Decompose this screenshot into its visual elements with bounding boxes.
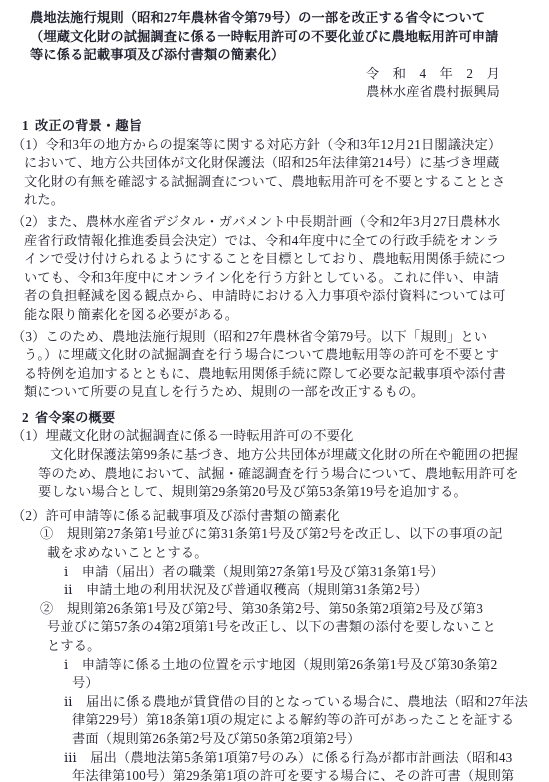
section1-paragraph3: （3）このため、農地法施行規則（昭和27年農林省令第79号。以下「規則」とい う… [0,328,549,402]
paragraph-line: れた。 [0,191,549,210]
paragraph-line: 書面（規則第26条第2号及び第50条第2項第2号） [0,730,549,749]
paragraph-line: 号） [0,674,549,693]
paragraph-line: 等のため、農地において、試掘・確認調査を行う場合について、農地転用許可を [0,465,549,484]
paragraph-line: インで受け付けられるようにすることを目標としており、農地転用関係手続につ [0,250,549,269]
section2-paragraph2: （2）許可申請等に係る記載事項及び添付書類の簡素化 ① 規則第27条第1号並びに… [0,507,549,782]
paragraph-line: （3）このため、農地法施行規則（昭和27年農林省令第79号。以下「規則」とい [0,328,549,347]
section2-number: 2 [22,409,35,428]
paragraph-line: 載を求めないこととする。 [0,544,549,563]
paragraph-line: において、地方公共団体が文化財保護法（昭和25年法律第214号）に基づき埋蔵 [0,154,549,173]
numbered-item-2: ② 規則第26条第1号及び第2号、第30条第2号、第50条第2項第2号及び第3 … [0,600,549,782]
paragraph-line: 能な限り簡素化を図る必要がある。 [0,306,549,325]
paragraph-line: 文化財保護法第99条に基づき、地方公共団体が埋蔵文化財の所在や範囲の把握 [0,446,549,465]
section2-heading-text: 省令案の概要 [35,410,115,425]
paragraph-line: 律第229号）第18条第1項の規定による解約等の許可があったことを証する [0,711,549,730]
organization-line: 農林水産省農村振興局 [0,83,500,102]
roman-item-ii: ⅱ 届出に係る農地が賃貸借の目的となっている場合に、農地法（昭和27年法 [0,693,549,712]
paragraph-line: （1）令和3年の地方からの提案等に関する対応方針（令和3年12月21日閣議決定） [0,136,549,155]
paragraph-line: 文化財の有無を確認する試掘調査について、農地転用許可を不要とすることとさ [0,173,549,192]
section1-number: 1 [22,117,35,136]
paragraph-line: 類について所要の見直しを行うため、規則の一部を改正するもの。 [0,383,549,402]
paragraph-line: 年法律第100号）第29条第1項の許可を要する場合に、その許可書（規則第 [0,767,549,782]
document-title: 農地法施行規則（昭和27年農林省令第79号）の一部を改正する省令について （埋蔵… [0,9,549,65]
title-line-3: 等に係る記載事項及び添付書類の簡素化） [0,46,549,65]
roman-item-i: ⅰ 申請等に係る土地の位置を示す地図（規則第26条第1号及び第30条第2 [0,656,549,675]
section1-paragraph1: （1）令和3年の地方からの提案等に関する対応方針（令和3年12月21日閣議決定）… [0,136,549,210]
paragraph-line: ① 規則第27条第1号並びに第31条第1号及び第2号を改正し、以下の事項の記 [0,525,549,544]
paragraph-line: 号並びに第57条の4第2項第1号を改正し、以下の書類の添付を要しないこと [0,618,549,637]
section1-heading-text: 改正の背景・趣旨 [35,118,142,133]
paragraph-line: 者の負担軽減を図る観点から、申請時における入力事項や添付資料については可 [0,287,549,306]
title-line-2: （埋蔵文化財の試掘調査に係る一時転用許可の不要化並びに農地転用許可申請 [0,28,549,47]
section1-heading: 1改正の背景・趣旨 [0,117,549,136]
numbered-item-1: ① 規則第27条第1号並びに第31条第1号及び第2号を改正し、以下の事項の記 載… [0,525,549,599]
paragraph-line: 要しない場合として、規則第29条第20号及び第53条第19号を追加する。 [0,483,549,502]
paragraph-line: いても、令和3年度中にオンライン化を行う方針としている。これに伴い、申請 [0,269,549,288]
date-line: 令 和 4 年 2 月 [0,65,500,84]
section2-paragraph1: （1）埋蔵文化財の試掘調査に係る一時転用許可の不要化 文化財保護法第99条に基づ… [0,427,549,501]
title-line-1: 農地法施行規則（昭和27年農林省令第79号）の一部を改正する省令について [0,9,549,28]
section1-paragraph2: （2）また、農林水産省デジタル・ガバメント中長期計画（令和2年3月27日農林水 … [0,213,549,325]
section2-heading: 2省令案の概要 [0,409,549,428]
paragraph-line: る特例を追加するとともに、農地転用関係手続に際して必要な記載事項や添付書 [0,365,549,384]
roman-item-iii: ⅲ 届出（農地法第5条第1項第7号のみ）に係る行為が都市計画法（昭和43 [0,749,549,768]
paragraph-line: （2）許可申請等に係る記載事項及び添付書類の簡素化 [0,507,549,526]
roman-item-i: ⅰ 申請（届出）者の職業（規則第27条第1号及び第31条第1号） [0,563,549,582]
date-org-block: 令 和 4 年 2 月 農林水産省農村振興局 [0,65,549,102]
paragraph-line: とする。 [0,637,549,656]
roman-item-ii: ⅱ 申請土地の利用状況及び普通収穫高（規則第31条第2号） [0,581,549,600]
paragraph-line: う。）に埋蔵文化財の試掘調査を行う場合について農地転用等の許可を不要とす [0,346,549,365]
paragraph-line: ② 規則第26条第1号及び第2号、第30条第2号、第50条第2項第2号及び第3 [0,600,549,619]
document-page: 農地法施行規則（昭和27年農林省令第79号）の一部を改正する省令について （埋蔵… [0,0,549,782]
paragraph-line: 産省行政情報化推進委員会決定）では、令和4年度中に全ての行政手続をオンラ [0,232,549,251]
paragraph-line: （1）埋蔵文化財の試掘調査に係る一時転用許可の不要化 [0,427,549,446]
paragraph-line: （2）また、農林水産省デジタル・ガバメント中長期計画（令和2年3月27日農林水 [0,213,549,232]
